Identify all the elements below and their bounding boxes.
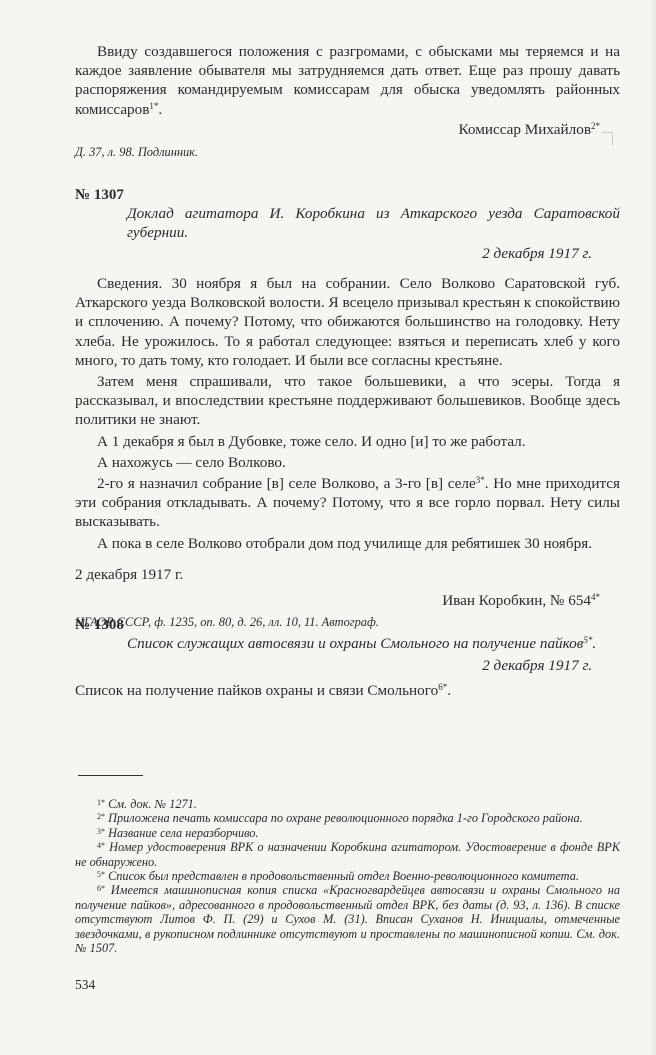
footnote-text: Номер удостоверения ВРК о назначении Кор… [75, 840, 620, 868]
body-paragraph: 2-го я назначил собрание [в] селе Волков… [75, 474, 620, 532]
footnote-6: 6* Имеется машинописная копия списка «Кр… [75, 883, 620, 955]
page-number: 534 [75, 977, 95, 993]
paragraph-text: 2-го я назначил собрание [в] селе Волков… [97, 475, 476, 492]
document-date: 2 декабря 1917 г. [75, 244, 620, 263]
footnote-text: Имеется машинописная копия списка «Красн… [75, 883, 620, 955]
footnote-ref: 6* [438, 682, 447, 692]
body-paragraph: А нахожусь — село Волково. [75, 453, 620, 472]
signature-text: Комиссар Михайлов [459, 121, 591, 138]
footnote-1: 1* См. док. № 1271. [75, 797, 620, 811]
footnote-text: Приложена печать комиссара по охране рев… [108, 811, 583, 825]
signature-text: Иван Коробкин, № 654 [442, 592, 591, 609]
document-title: Доклад агитатора И. Коробкина из Аткарск… [127, 205, 620, 242]
body-paragraph: Затем меня спрашивали, что такое большев… [75, 372, 620, 430]
document-1308: № 1308 Список служащих автосвязи и охран… [75, 616, 620, 700]
document-1307: № 1307 Доклад агитатора И. Коробкина из … [75, 186, 620, 630]
body-paragraph: А пока в селе Волково отобрали дом под у… [75, 534, 620, 553]
body-paragraph: Список на получение пайков охраны и связ… [75, 681, 620, 700]
footnote-ref: 4* [591, 592, 600, 602]
footnote-3: 3* Название села неразборчиво. [75, 826, 620, 840]
paragraph-end: . [158, 101, 162, 118]
paragraph-end: . [447, 682, 451, 699]
footnote-mark: 6* [97, 884, 105, 893]
book-page: Ввиду создавшегося положения с разгромам… [0, 0, 656, 1055]
footnote-mark: 5* [97, 870, 105, 879]
document-title: Список служащих автосвязи и охраны Смоль… [127, 635, 620, 654]
footnote-mark: 1* [97, 798, 105, 807]
document-number: № 1307 [75, 186, 620, 204]
source-citation: Д. 37, л. 98. Подлинник. [75, 144, 620, 160]
footnote-text: Название села неразборчиво. [108, 826, 258, 840]
footnote-text: См. док. № 1271. [108, 797, 197, 811]
signature-korobkin: Иван Коробкин, № 6544* [75, 591, 620, 610]
title-text: Список служащих автосвязи и охраны Смоль… [127, 635, 583, 652]
previous-document-paragraph: Ввиду создавшегося положения с разгромам… [75, 42, 620, 119]
page-edge-shadow [650, 0, 656, 1055]
document-number: № 1308 [75, 616, 620, 634]
body-paragraph: Сведения. 30 ноября я был на собрании. С… [75, 274, 620, 370]
footnote-ref: 2* [591, 121, 600, 131]
body-paragraph: А 1 декабря я был в Дубовке, тоже село. … [75, 432, 620, 451]
footnote-ref: 5* [583, 635, 592, 645]
previous-document-tail: Ввиду создавшегося положения с разгромам… [75, 42, 620, 160]
footnote-ref: 3* [476, 475, 485, 485]
signature-mikhailov: Комиссар Михайлов2* [75, 120, 620, 139]
footnote-mark: 4* [97, 841, 105, 850]
footnote-4: 4* Номер удостоверения ВРК о назначении … [75, 840, 620, 869]
title-end: . [592, 635, 596, 652]
footnotes: 1* См. док. № 1271. 2* Приложена печать … [75, 797, 620, 955]
footnote-text: Список был представлен в продовольственн… [108, 869, 579, 883]
closing-date: 2 декабря 1917 г. [75, 565, 620, 584]
document-date: 2 декабря 1917 г. [75, 656, 620, 675]
footnote-mark: 2* [97, 812, 105, 821]
footnote-2: 2* Приложена печать комиссара по охране … [75, 811, 620, 825]
footnote-5: 5* Список был представлен в продовольств… [75, 869, 620, 883]
footnote-mark: 3* [97, 827, 105, 836]
footnote-divider [78, 775, 143, 776]
paragraph-text: Список на получение пайков охраны и связ… [75, 682, 438, 699]
